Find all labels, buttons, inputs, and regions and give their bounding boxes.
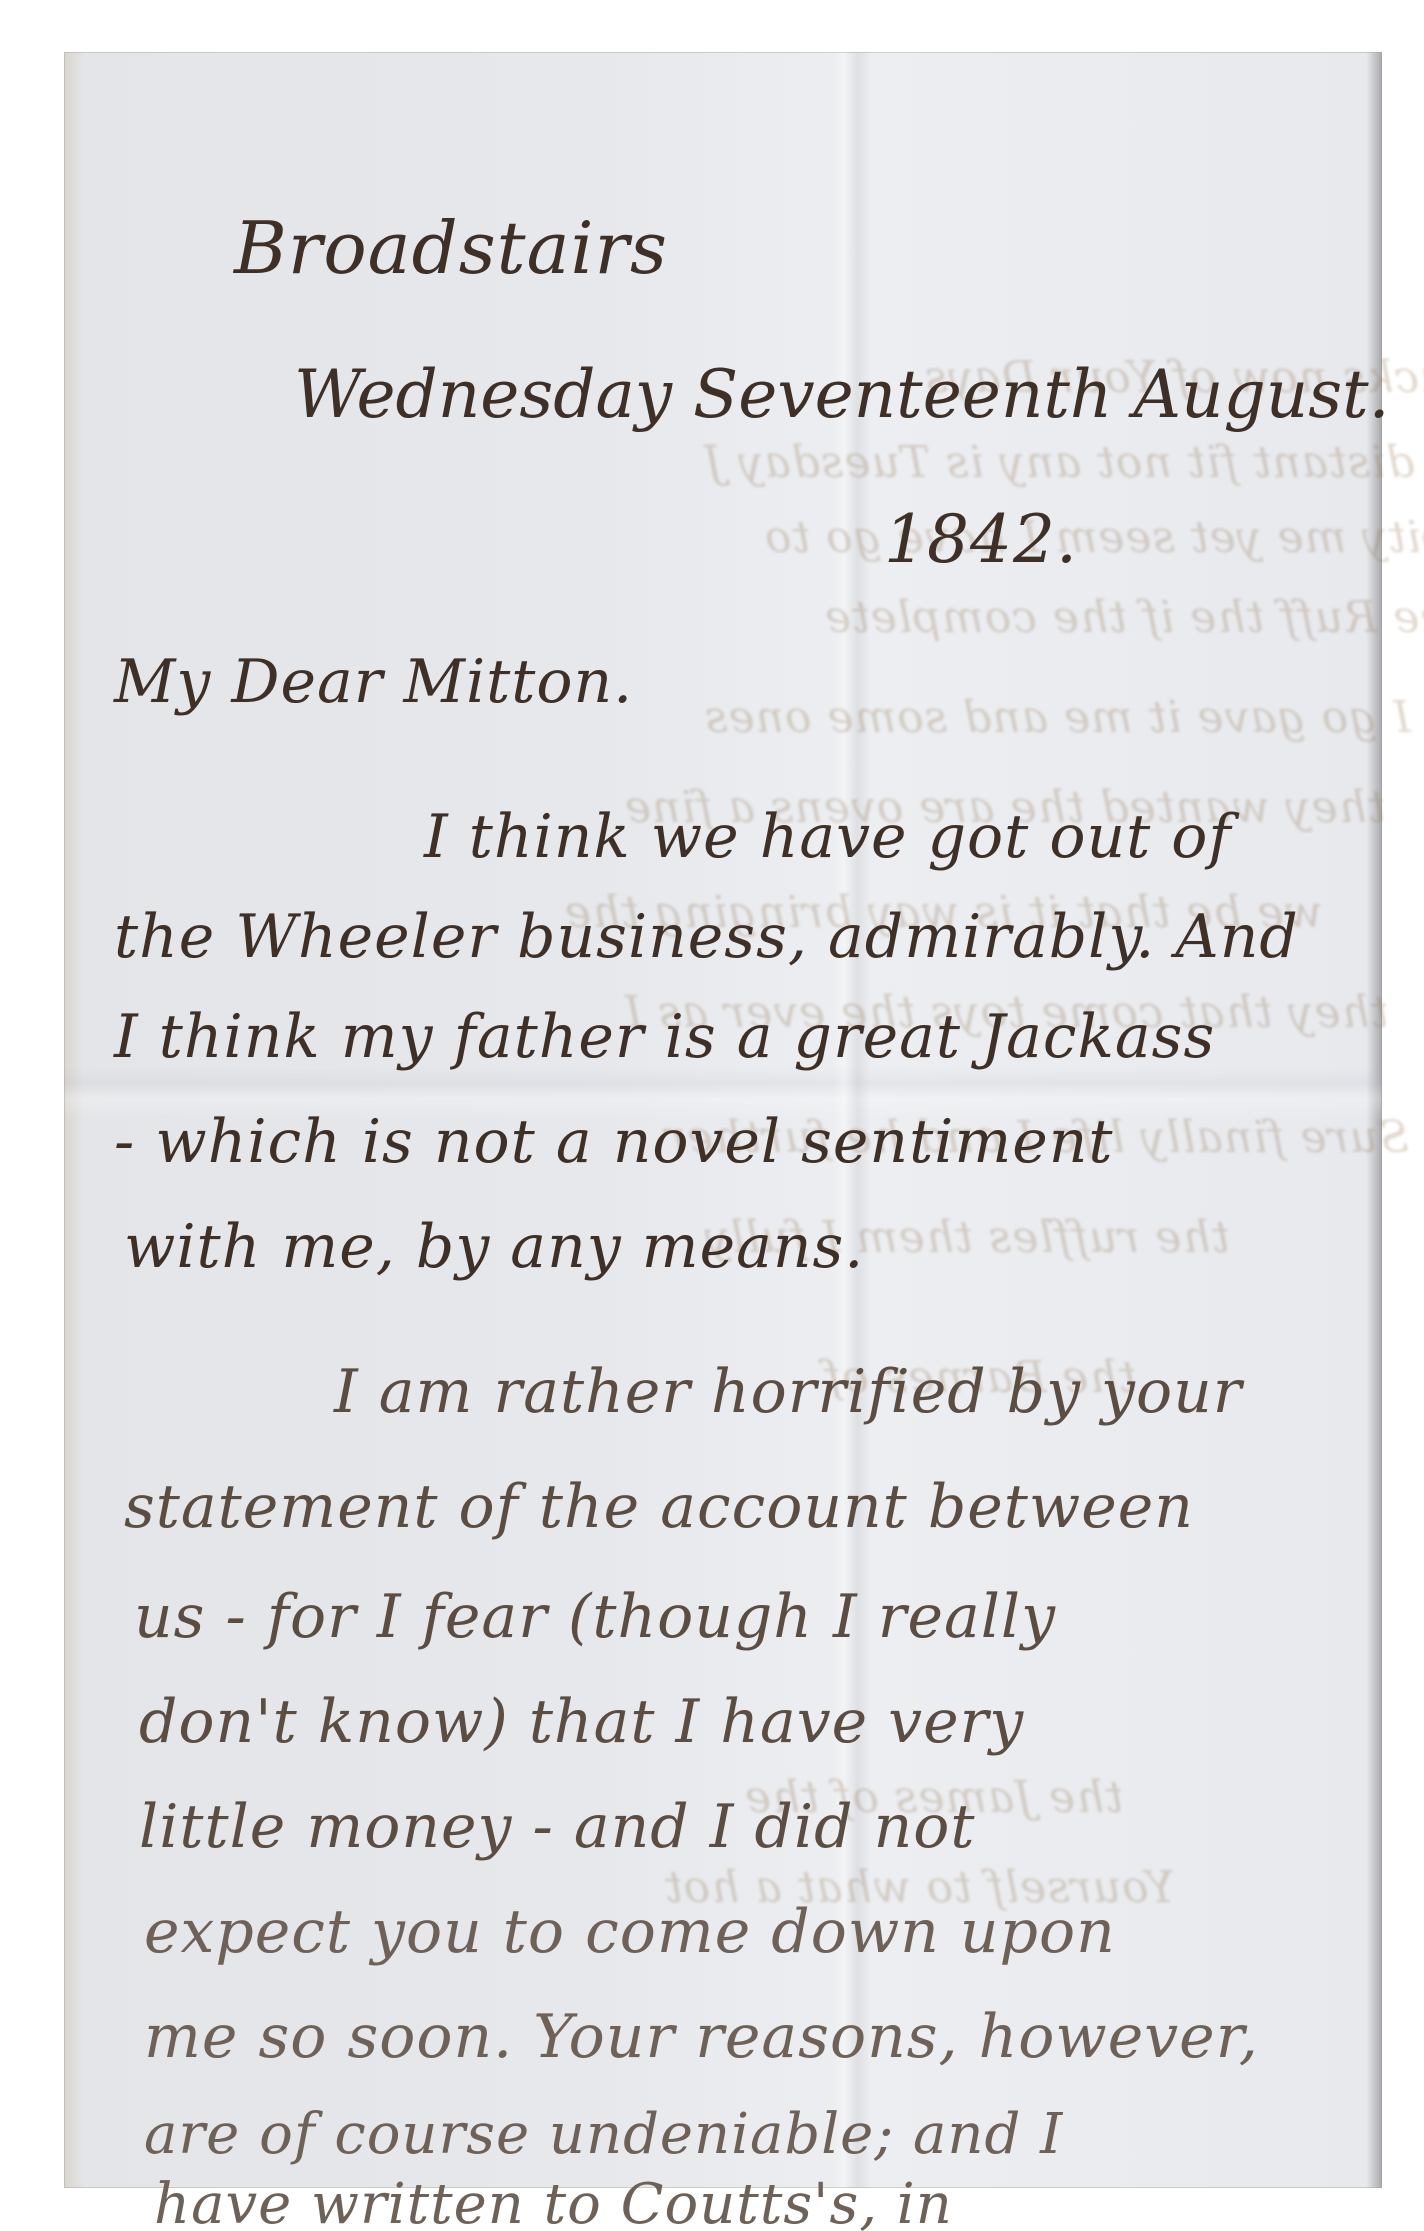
letter-page: the Ducks now of Your Days distant fit n… — [64, 52, 1382, 2188]
letter-date: Wednesday Seventeenth August. — [294, 362, 1390, 428]
letter-year: 1842. — [884, 507, 1078, 573]
letter-body-line: me so soon. Your reasons, however, — [144, 2007, 1259, 2067]
letter-body-line: I think we have got out of — [424, 807, 1232, 867]
letter-body-line: I am rather horrified by your — [334, 1362, 1242, 1422]
letter-body-line: statement of the account between — [124, 1477, 1194, 1537]
letter-body-line: don't know) that I have very — [139, 1692, 1024, 1752]
letter-place: Broadstairs — [234, 212, 668, 284]
letter-body-line: have written to Coutts's, in — [154, 2177, 953, 2231]
letter-body-line: us - for I fear (though I really — [134, 1587, 1056, 1647]
letter-body-line: expect you to come down upon — [144, 1902, 1116, 1962]
letter-body-line: - which is not a novel sentiment — [114, 1112, 1114, 1172]
letter-body-line: little money - and I did not — [139, 1797, 975, 1857]
letter-body-line: with me, by any means. — [124, 1217, 864, 1277]
letter-salutation: My Dear Mitton. — [114, 652, 633, 712]
letter-body-line: are of course undeniable; and I — [144, 2107, 1063, 2163]
letter-body-line: I think my father is a great Jackass — [114, 1007, 1215, 1067]
bleed-through-text: do I pity me yet seem I have go to — [764, 512, 1424, 563]
bleed-through-text: tree, I go gave it me and some ones — [704, 692, 1424, 743]
bleed-through-text: distant fit not any is Tuesday J — [704, 437, 1415, 488]
letter-body-line: the Wheeler business, admirably. And — [114, 907, 1299, 967]
bleed-through-text: tree Ruff the if the complete — [824, 592, 1424, 643]
